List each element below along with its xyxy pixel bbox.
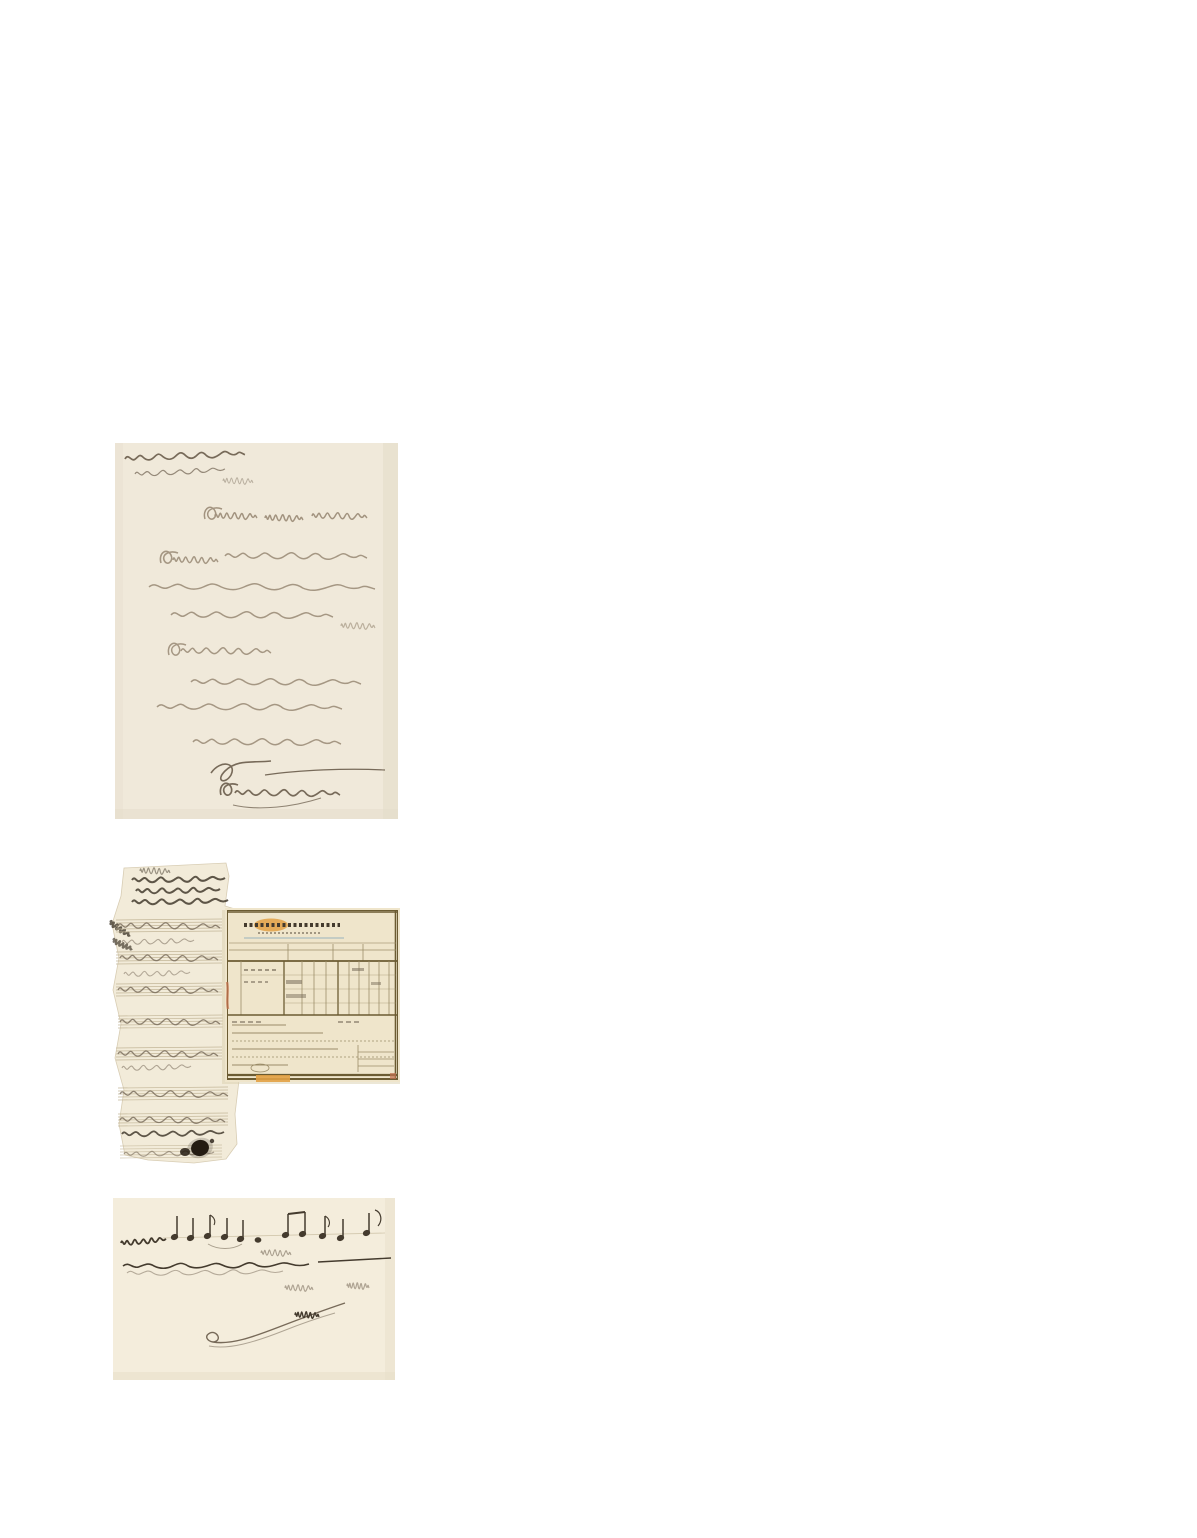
letter-paper [115, 443, 398, 819]
printed-telegram-form [222, 908, 400, 1084]
manuscript-telegram-photo [108, 862, 400, 1165]
letter-photo [115, 443, 398, 819]
fragment-paper [113, 1198, 395, 1380]
catalog-page [0, 0, 1197, 1538]
music-fragment-photo [113, 1198, 395, 1380]
